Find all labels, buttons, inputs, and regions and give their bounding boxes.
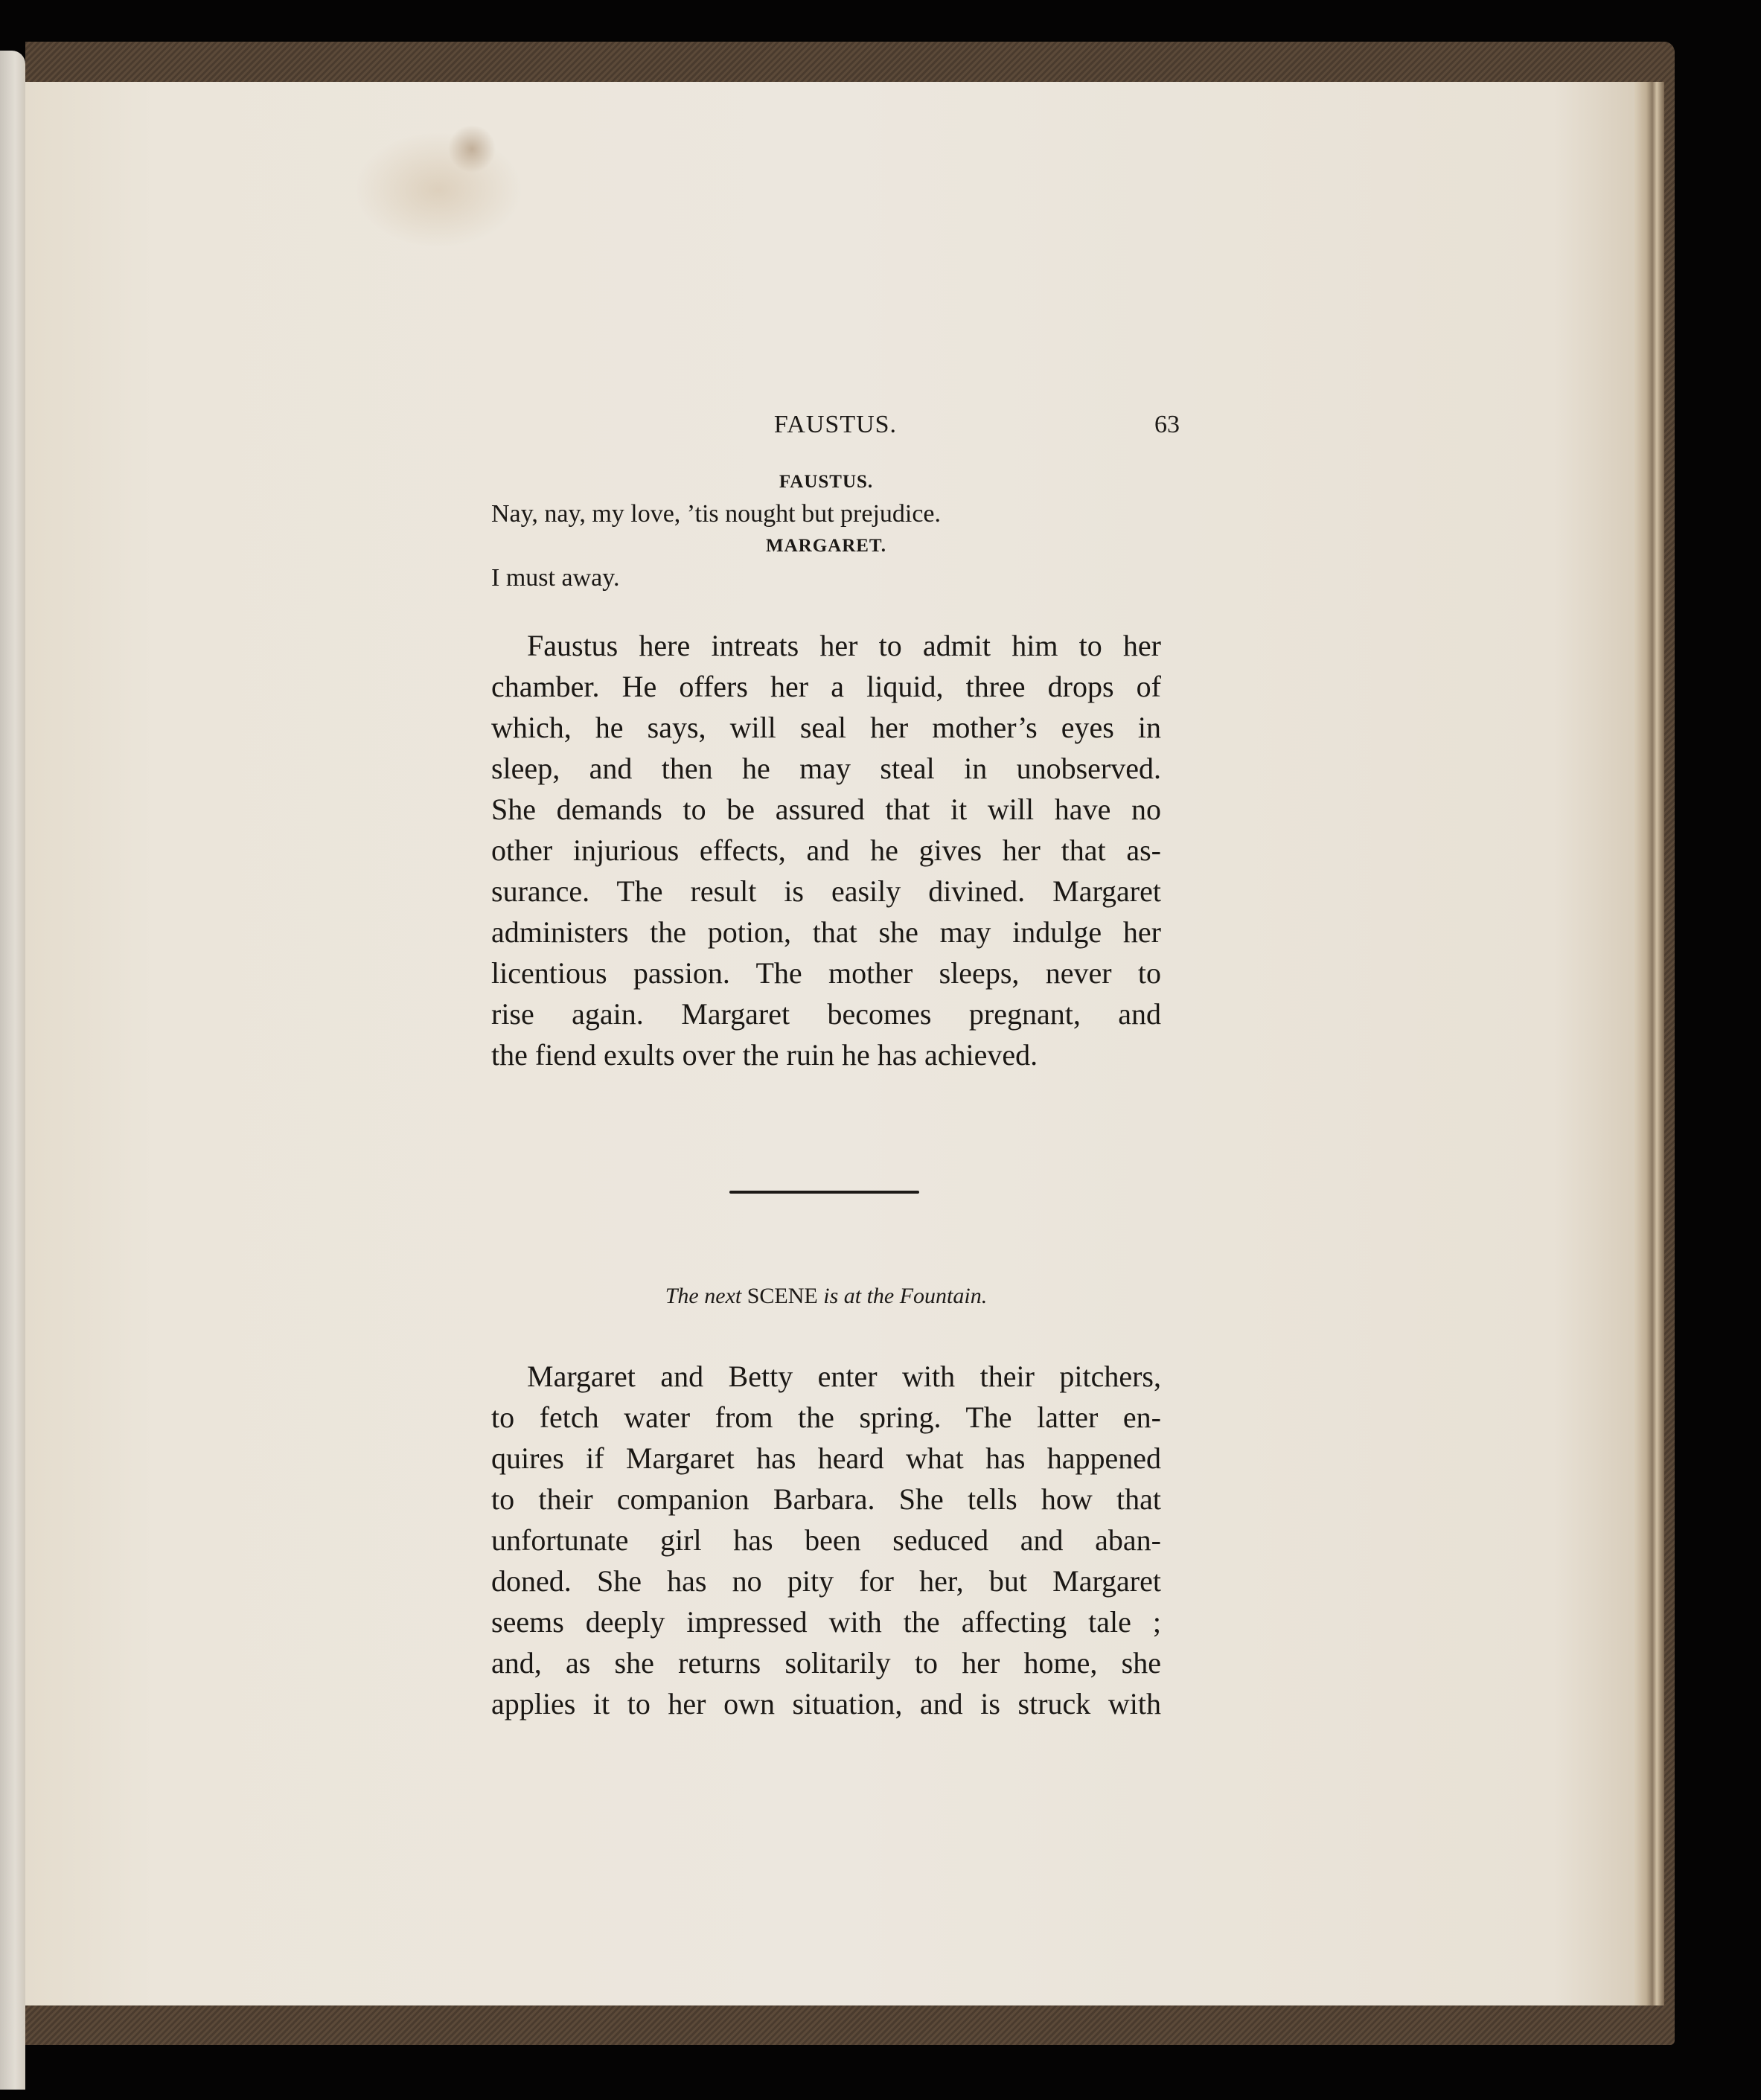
text-line: surance. The result is easily divined. M… [491, 871, 1161, 912]
text-line: unfortunate girl has been seduced and ab… [491, 1520, 1161, 1560]
running-head: FAUSTUS. 63 [491, 411, 1180, 448]
running-head-title: FAUSTUS. [491, 411, 1180, 439]
text-line: seems deeply impressed with the affectin… [491, 1601, 1161, 1642]
text-line: the fiend exults over the ruin he has ac… [491, 1034, 1161, 1075]
section-divider-rule [729, 1191, 919, 1194]
text-line: doned. She has no pity for her, but Marg… [491, 1560, 1161, 1601]
page-block-edge [1634, 82, 1664, 2005]
text-line: quires if Margaret has heard what has ha… [491, 1438, 1161, 1479]
text-line: and, as she returns solitarily to her ho… [491, 1642, 1161, 1683]
paragraph-2: Margaret and Betty enter with their pitc… [491, 1356, 1161, 1724]
text-line: licentious passion. The mother sleeps, n… [491, 953, 1161, 993]
scene-heading-scene: SCENE [747, 1284, 818, 1308]
speaker-label: FAUSTUS. [491, 469, 1161, 496]
text-line: applies it to her own situation, and is … [491, 1683, 1161, 1724]
dialogue-line: Nay, nay, my love, ’tis nought but preju… [491, 496, 1161, 533]
page-number: 63 [1154, 411, 1180, 439]
text-line: sleep, and then he may steal in unobserv… [491, 748, 1161, 789]
text-column-2: Margaret and Betty enter with their pitc… [491, 1356, 1161, 1724]
speaker-label: MARGARET. [491, 533, 1161, 560]
text-line: rise again. Margaret becomes pregnant, a… [491, 993, 1161, 1034]
scene-heading: The next SCENE is at the Fountain. [491, 1284, 1161, 1309]
text-column: FAUSTUS. Nay, nay, my love, ’tis nought … [491, 469, 1161, 1075]
text-line: administers the potion, that she may ind… [491, 912, 1161, 953]
scene-heading-pre: The next [665, 1284, 741, 1308]
text-line: to their companion Barbara. She tells ho… [491, 1479, 1161, 1520]
text-line: to fetch water from the spring. The latt… [491, 1397, 1161, 1438]
text-line: She demands to be assured that it will h… [491, 789, 1161, 830]
facing-page-edge [0, 51, 25, 2090]
text-line: Margaret and Betty enter with their pitc… [491, 1356, 1161, 1397]
text-line: which, he says, will seal her mother’s e… [491, 707, 1161, 748]
dialogue-line: I must away. [491, 560, 1161, 597]
scene-heading-post: is at the Fountain. [823, 1284, 987, 1308]
text-line: chamber. He offers her a liquid, three d… [491, 666, 1161, 707]
paragraph-1: Faustus here intreats her to admit him t… [491, 625, 1161, 1075]
text-line: other injurious effects, and he gives he… [491, 830, 1161, 871]
text-line: Faustus here intreats her to admit him t… [491, 625, 1161, 666]
